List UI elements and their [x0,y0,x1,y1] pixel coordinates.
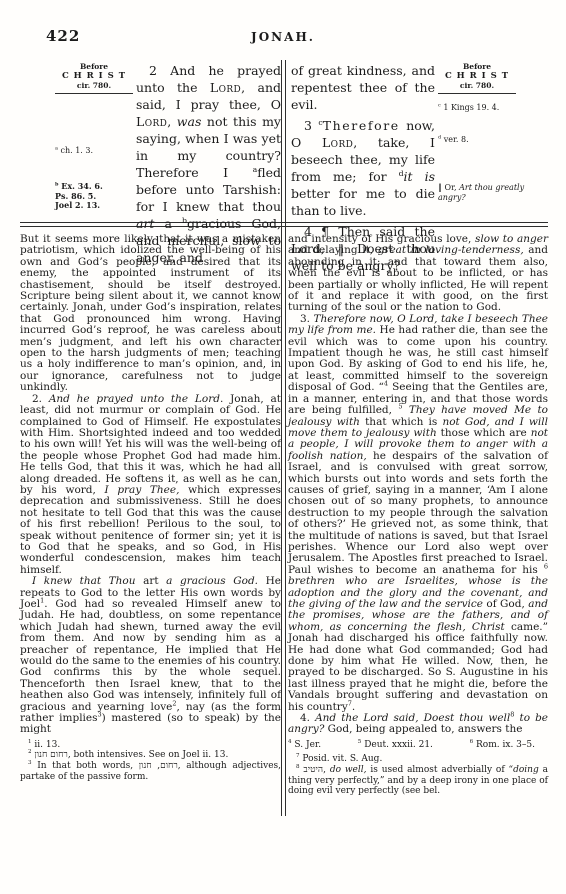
left-margin-column: Before C H R I S T cir. 780. a ch. 1. 3.… [55,62,133,94]
margin-note-cross-reference: c 1 Kings 19. 4. [438,103,548,113]
footnote: 3 In that both words, רחום, חנון, althou… [20,761,281,782]
commentary-paragraph: and intensity of His gracious love, slow… [288,234,548,314]
margin-note-cross-reference: a ch. 1. 3. [55,146,133,156]
margin-note-alternate-reading: ‖ Or, Art thou greatly angry? [438,183,548,202]
commentary-paragraph: But it seems more likely, that it was a … [20,234,281,394]
commentary-paragraph: 3. Therefore now, O Lord, take I beseech… [288,314,548,713]
footnote: 8 היטיב, do well, is used almost adverbi… [288,765,548,797]
commentary-right-column: and intensity of His gracious love, slow… [288,234,548,797]
footnotes-left: 1 ii. 13.2 רחום חנון, both intensives. S… [20,740,281,782]
footnotes-right: 7 Posid. vit. S. Aug.8 היטיב, do well, i… [288,754,548,796]
verse-paragraph: of great kindness, and repentest thee of… [291,62,435,113]
verse-paragraph: 3 cTherefore now, O Lord, take, I beseec… [291,117,435,219]
right-margin-column: Before C H R I S T cir. 780. c 1 Kings 1… [438,62,548,94]
before-christ-heading: Before C H R I S T cir. 780. [55,62,133,94]
footnote: 6 Rom. ix. 3–5. [470,740,535,751]
footnote: 1 ii. 13. [20,740,281,751]
margin-note-cross-reference: d ver. 8. [438,135,548,145]
before-christ-heading: Before C H R I S T cir. 780. [438,62,516,94]
book-page: 422 JONAH. Before C H R I S T cir. 780. … [0,0,566,894]
commentary-paragraph: 2. And he prayed unto the Lord. Jonah, a… [20,394,281,577]
footnote: 5 Deut. xxxii. 21. [358,740,433,751]
commentary-paragraph: I knew that Thou art a gracious God. He … [20,576,281,736]
column-divider-rule [281,60,286,816]
commentary-paragraphs: and intensity of His gracious love, slow… [288,234,548,736]
footnote: 4 S. Jer. [288,740,321,751]
commentary-left-column: But it seems more likely, that it was a … [20,234,281,782]
running-title: JONAH. [0,30,566,44]
commentary-paragraph: 4. And the Lord said, Doest thou well8 t… [288,713,548,736]
footnote-reference-row: 4 S. Jer.5 Deut. xxxii. 21.6 Rom. ix. 3–… [288,740,535,751]
footnote: 2 רחום חנון, both intensives. See on Joe… [20,750,281,761]
margin-note-cross-reference: b Ex. 34. 6.Ps. 86. 5.Joel 2. 13. [55,182,133,211]
footnote: 7 Posid. vit. S. Aug. [288,754,548,765]
margin-heading-rule [438,93,516,94]
commentary-paragraphs: But it seems more likely, that it was a … [20,234,281,736]
section-divider-rule [20,222,548,227]
margin-heading-rule [55,93,133,94]
